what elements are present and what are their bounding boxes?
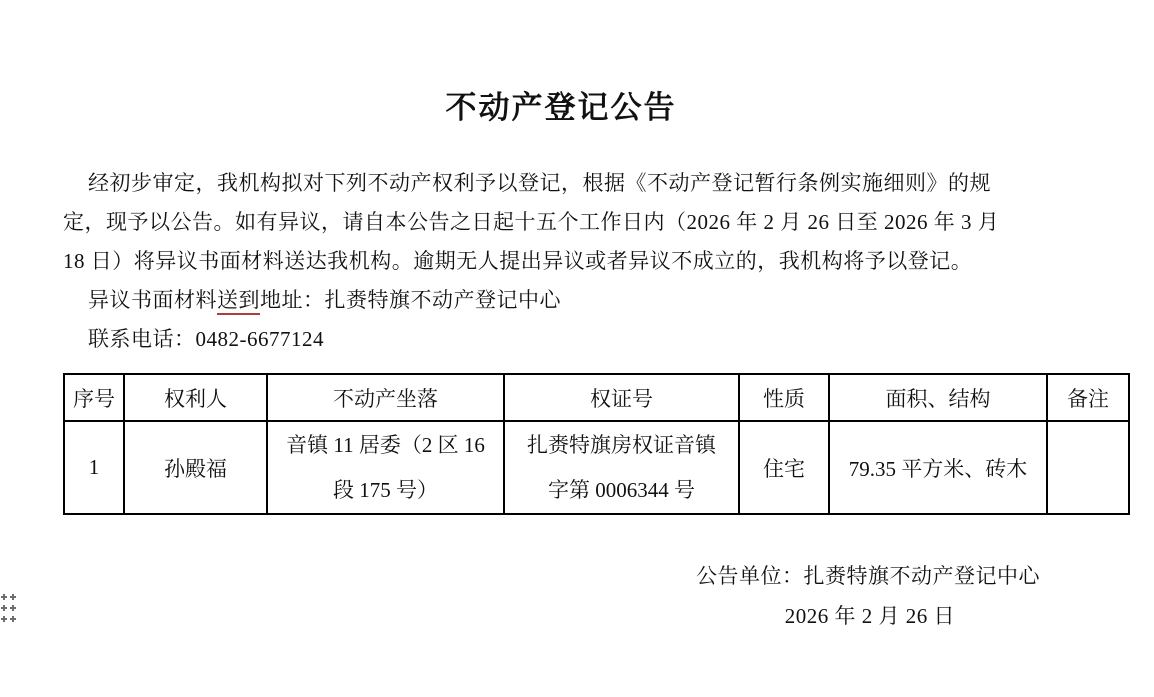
cell-cert-line-2: 字第 0006344 号 bbox=[505, 468, 738, 513]
spellcheck-underlined-text: 送到 bbox=[217, 288, 260, 315]
cell-cert-line-1: 扎赉特旗房权证音镇 bbox=[505, 423, 738, 468]
table-row: 1 孙殿福 音镇 11 居委（2 区 16 段 175 号） 扎赉特旗房权证音镇… bbox=[64, 421, 1129, 514]
cell-holder: 孙殿福 bbox=[124, 421, 267, 514]
address-line: 异议书面材料送到地址：扎赉特旗不动产登记中心 bbox=[63, 281, 1123, 320]
header-holder: 权利人 bbox=[124, 374, 267, 421]
page-title: 不动产登记公告 bbox=[0, 82, 1122, 127]
cross-mark-icon bbox=[10, 605, 16, 611]
announcement-date-line: 2026 年 2 月 26 日 bbox=[785, 600, 955, 630]
cross-mark-icon bbox=[1, 605, 7, 611]
phone-line: 联系电话：0482-6677124 bbox=[63, 320, 1123, 359]
cell-remark bbox=[1047, 421, 1129, 514]
cell-nature: 住宅 bbox=[739, 421, 829, 514]
cross-mark-icon bbox=[10, 616, 16, 622]
announcing-unit-line: 公告单位：扎赉特旗不动产登记中心 bbox=[696, 560, 1040, 590]
header-location: 不动产坐落 bbox=[267, 374, 504, 421]
cell-seq: 1 bbox=[64, 421, 124, 514]
address-line-suffix: 地址：扎赉特旗不动产登记中心 bbox=[260, 288, 561, 312]
header-seq: 序号 bbox=[64, 374, 124, 421]
table-header-row: 序号 权利人 不动产坐落 权证号 性质 面积、结构 备注 bbox=[64, 374, 1129, 421]
header-area-structure: 面积、结构 bbox=[829, 374, 1047, 421]
paragraph-line-2: 定，现予以公告。如有异议，请自本公告之日起十五个工作日内（2026 年 2 月 … bbox=[63, 203, 1123, 242]
cross-mark-icon bbox=[10, 594, 16, 600]
header-cert-no: 权证号 bbox=[504, 374, 739, 421]
paragraph-line-3: 18 日）将异议书面材料送达我机构。逾期无人提出异议或者异议不成立的，我机构将予… bbox=[63, 242, 1123, 281]
paragraph-line-1: 经初步审定，我机构拟对下列不动产权利予以登记，根据《不动产登记暂行条例实施细则》… bbox=[63, 164, 1123, 203]
header-nature: 性质 bbox=[739, 374, 829, 421]
address-line-prefix: 异议书面材料 bbox=[88, 288, 217, 312]
cell-location: 音镇 11 居委（2 区 16 段 175 号） bbox=[267, 421, 504, 514]
cell-location-line-2: 段 175 号） bbox=[268, 468, 503, 513]
registration-table: 序号 权利人 不动产坐落 权证号 性质 面积、结构 备注 1 孙殿福 音镇 11… bbox=[63, 373, 1130, 515]
artifact-marks bbox=[1, 594, 16, 622]
body-paragraph: 经初步审定，我机构拟对下列不动产权利予以登记，根据《不动产登记暂行条例实施细则》… bbox=[63, 164, 1123, 359]
cross-mark-icon bbox=[1, 594, 7, 600]
document-page: 不动产登记公告 经初步审定，我机构拟对下列不动产权利予以登记，根据《不动产登记暂… bbox=[0, 0, 1154, 697]
cross-mark-icon bbox=[1, 616, 7, 622]
cell-area-structure: 79.35 平方米、砖木 bbox=[829, 421, 1047, 514]
cell-cert-no: 扎赉特旗房权证音镇 字第 0006344 号 bbox=[504, 421, 739, 514]
header-remark: 备注 bbox=[1047, 374, 1129, 421]
cell-location-line-1: 音镇 11 居委（2 区 16 bbox=[268, 423, 503, 468]
